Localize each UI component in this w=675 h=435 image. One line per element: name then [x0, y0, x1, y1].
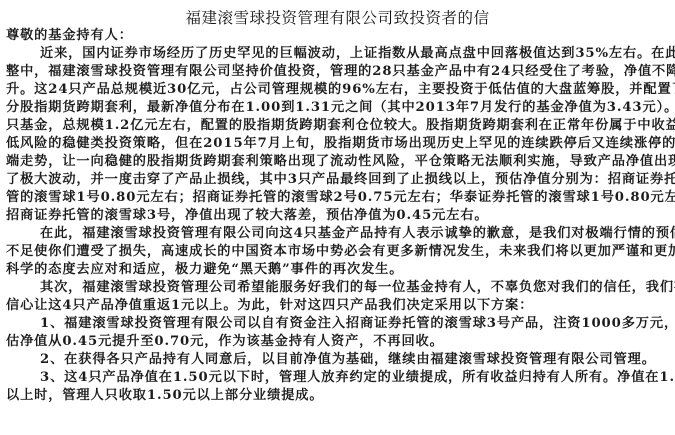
paragraph-line: 不足使你们遭受了损失，高速成长的中国资本市场中势必会有更多新情况发生，未来我们将…	[6, 243, 675, 261]
paragraph-line: 近来，国内证券市场经历了历史罕见的巨幅波动，上证指数从最高点盘中回落极值达到35…	[40, 45, 675, 63]
paragraph-line: 以上时，管理人只收取1.50元以上部分业绩提成。	[6, 387, 323, 405]
letter-page: 福建滚雪球投资管理有限公司致投资者的信 尊敬的基金持有人： 近来，国内证券市场经…	[0, 0, 675, 435]
paragraph-line: 3、这4只产品净值在1.50元以下时，管理人放弃约定的业绩提成，所有收益归持有人…	[40, 369, 675, 387]
paragraph-line: 招商证券托管的滚雪球3号，净值出现了较大落差，预估净值为0.45元左右。	[6, 207, 489, 225]
letter-title: 福建滚雪球投资管理有限公司致投资者的信	[0, 6, 675, 28]
paragraph-line: 估净值从0.45元提升至0.70元，作为该基金持有人资产，不再回收。	[6, 333, 444, 351]
paragraph-line: 科学的态度去应对和适应，极力避免“黑天鹅”事件的再次发生。	[6, 261, 403, 279]
salutation: 尊敬的基金持有人：	[6, 27, 133, 45]
paragraph-line: 分股指期货跨期套利，最新净值分布在1.00到1.31元之间（其中2013年7月发…	[6, 99, 675, 117]
paragraph-line: 1、福建滚雪球投资管理有限公司以自有资金注入招商证券托管的滚雪球3号产品，注资1…	[40, 315, 675, 333]
paragraph-line: 了极大波动，并一度击穿了产品止损线，其中3只产品最终回到了止损线以上，预估净值分…	[6, 171, 675, 189]
paragraph-line: 升。这24只产品总规模近30亿元，占公司管理规模的96%左右，主要投资于低估值的…	[6, 81, 675, 99]
paragraph-line: 低风险的稳健类投资策略，但在2015年7月上旬，股指期货市场出现历史上罕见的连续…	[6, 135, 675, 153]
paragraph-line: 在此，福建滚雪球投资管理有限公司向这4只基金产品持有人表示诚挚的歉意，是我们对极…	[40, 225, 675, 243]
paragraph-line: 只基金，总规模1.2亿元左右，配置的股指期货跨期套利仓位较大。股指期货跨期套利在…	[6, 117, 675, 135]
paragraph-line: 信心让这4只产品净值重返1元以上。为此，针对这四只产品我们决定采用以下方案：	[6, 297, 533, 315]
paragraph-line: 2、在获得各只产品持有人同意后，以目前净值为基础，继续由福建滚雪球投资管理有限公…	[40, 351, 656, 369]
paragraph-line: 整中，福建滚雪球投资管理有限公司坚持价值投资，管理的28只基金产品中有24只经受…	[6, 63, 675, 81]
paragraph-line: 其次，福建滚雪球投资管理公司希望能服务好我们的每一位基金持有人，不辜负您对我们的…	[40, 279, 675, 297]
paragraph-line: 管的滚雪球1号0.80元左右；招商证券托管的滚雪球2号0.75元左右；华泰证券托…	[6, 189, 675, 207]
paragraph-line: 端走势，让一向稳健的股指期货跨期套利策略出现了流动性风险，平仓策略无法顺利实施，…	[6, 153, 675, 171]
